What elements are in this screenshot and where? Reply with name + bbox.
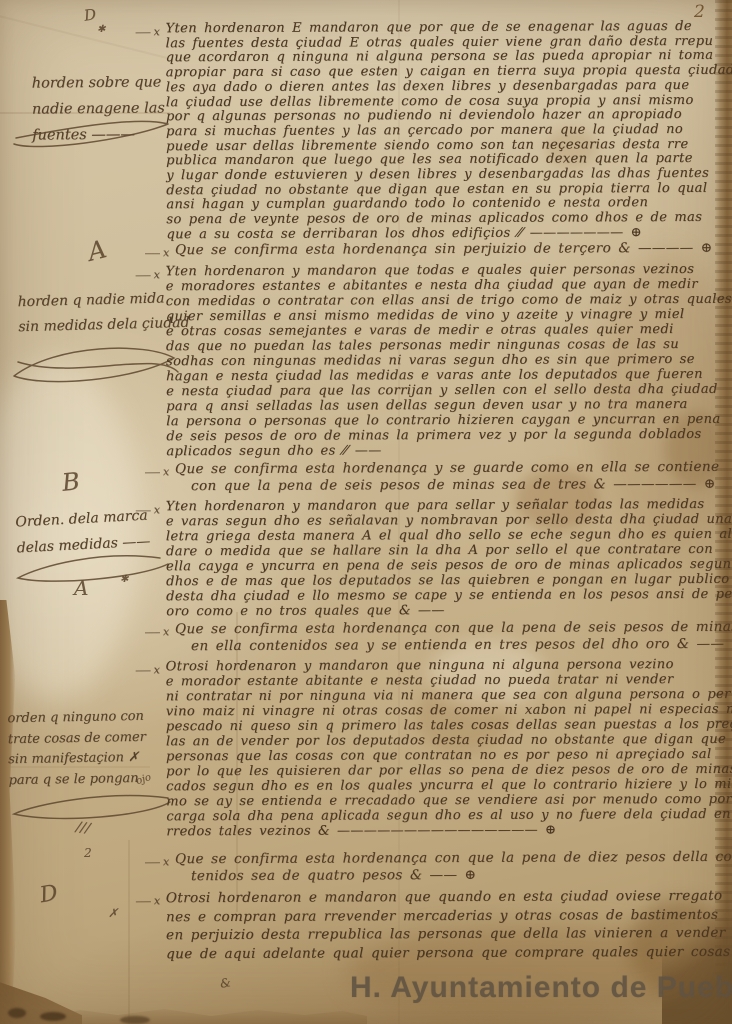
text-line: en perjuizio desta rrepublica las person…: [166, 924, 730, 945]
text-line: horden sobre que: [32, 69, 165, 96]
letter-mark-d-lower: D: [38, 881, 60, 909]
confirmation-paragraph-4: x Que se confirma esta hordenança con qu…: [175, 849, 732, 884]
letter-mark-b: B: [61, 467, 81, 497]
flourish-icon: [8, 104, 173, 152]
text-line: Que se confirma esta hordenança con que …: [175, 619, 732, 638]
crease: [128, 840, 130, 1024]
flourish-icon: [8, 788, 176, 828]
paragraph-x-marker: x: [136, 25, 160, 40]
text-line: aplicados segun dho es ⁄⁄ ——: [166, 442, 732, 459]
torn-edge-bottom: [55, 1004, 367, 1024]
paragraph-x-marker: x: [136, 502, 160, 517]
flourish-icon: [6, 332, 181, 390]
paragraph-x-marker: x: [136, 662, 160, 677]
numeral-two-mark: 2: [84, 846, 92, 860]
flourish-icon: [10, 548, 175, 590]
ordinance-paragraph-seal: x Yten hordenaron y mandaron que para se…: [166, 497, 732, 620]
paragraph-x-marker: x: [136, 267, 160, 282]
paragraph-x-marker: x: [136, 892, 160, 911]
ordinance-paragraph-resellers: x Otrosi hordenaron e mandaron que quand…: [166, 887, 731, 963]
text-line: oro como e no tros quales que & ——: [166, 602, 732, 620]
paragraph-x-marker: x: [145, 854, 169, 871]
text-line: con que la pena de seis pesos de minas s…: [191, 475, 719, 494]
paragraph-x-marker: x: [145, 245, 169, 262]
text-line: nes e compran para rrevender mercaderias…: [166, 905, 730, 926]
text-line: Que se confirma esta hordenança sin perj…: [175, 240, 713, 259]
cross-mark: ✗: [108, 906, 118, 920]
text-line: Que se confirma esta hordenança con que …: [175, 849, 732, 868]
letter-mark-d-top: D: [83, 5, 97, 24]
ordinance-paragraph-measuring: x Yten hordenaron y mandaron que todas e…: [166, 262, 732, 459]
paragraph-x-marker: x: [145, 464, 169, 481]
text-line: trate cosas de comer: [8, 727, 146, 750]
text-line: de seis pesos de oro de minas la primera…: [166, 427, 732, 444]
confirmation-paragraph-2: x Que se confirma esta hordenança y se g…: [175, 459, 720, 494]
star-mark-top: ✱: [97, 24, 105, 35]
ink-blot: [120, 1016, 150, 1024]
ordinance-paragraph-food-prices: x Otrosi hordenaron y mandaron que ningu…: [166, 657, 732, 840]
ampersand-mark: &: [219, 975, 232, 991]
paragraph-x-marker: x: [145, 624, 169, 641]
text-line: que de aqui adelante qual quier persona …: [166, 942, 730, 963]
text-line: carga sola dha pena aplicada segun dho e…: [166, 807, 732, 825]
text-line: Otrosi hordenaron e mandaron que quando …: [166, 887, 730, 908]
confirmation-paragraph-1: x Que se confirma esta hordenança sin pe…: [175, 240, 713, 259]
text-line: sin manifestaçion ✗: [8, 748, 146, 771]
text-line: desta dha çiudad e llo mesmo se cape y s…: [166, 587, 732, 605]
confirmation-paragraph-3: x Que se confirma esta hordenança con qu…: [175, 619, 732, 654]
text-line: rredos tales vezinos & ——————————————— ⊕: [166, 822, 732, 840]
text-line: en ella contenidos sea y se entienda en …: [191, 635, 732, 654]
text-line: Que se confirma esta hordenança y se gua…: [175, 459, 719, 478]
margin-note-food-trading: orden q ninguno contrate cosas de comers…: [7, 707, 146, 791]
ordinance-paragraph-fountains: x Yten hordenaron E mandaron que por que…: [166, 20, 732, 243]
text-line: tenidos sea de quatro pesos & —— ⊕: [191, 865, 732, 884]
ink-blot: [40, 1012, 66, 1021]
text-line: orden q ninguno con: [7, 707, 145, 730]
letter-mark-a: A: [85, 234, 110, 267]
ink-blot: [8, 1008, 26, 1018]
watermark-text: H. Ayuntamiento de Puebla: [350, 971, 732, 1005]
manuscript-page: 2 D ✱ A B A ✱ D ✗ /// 2 & ojo horden sob…: [0, 0, 732, 1024]
